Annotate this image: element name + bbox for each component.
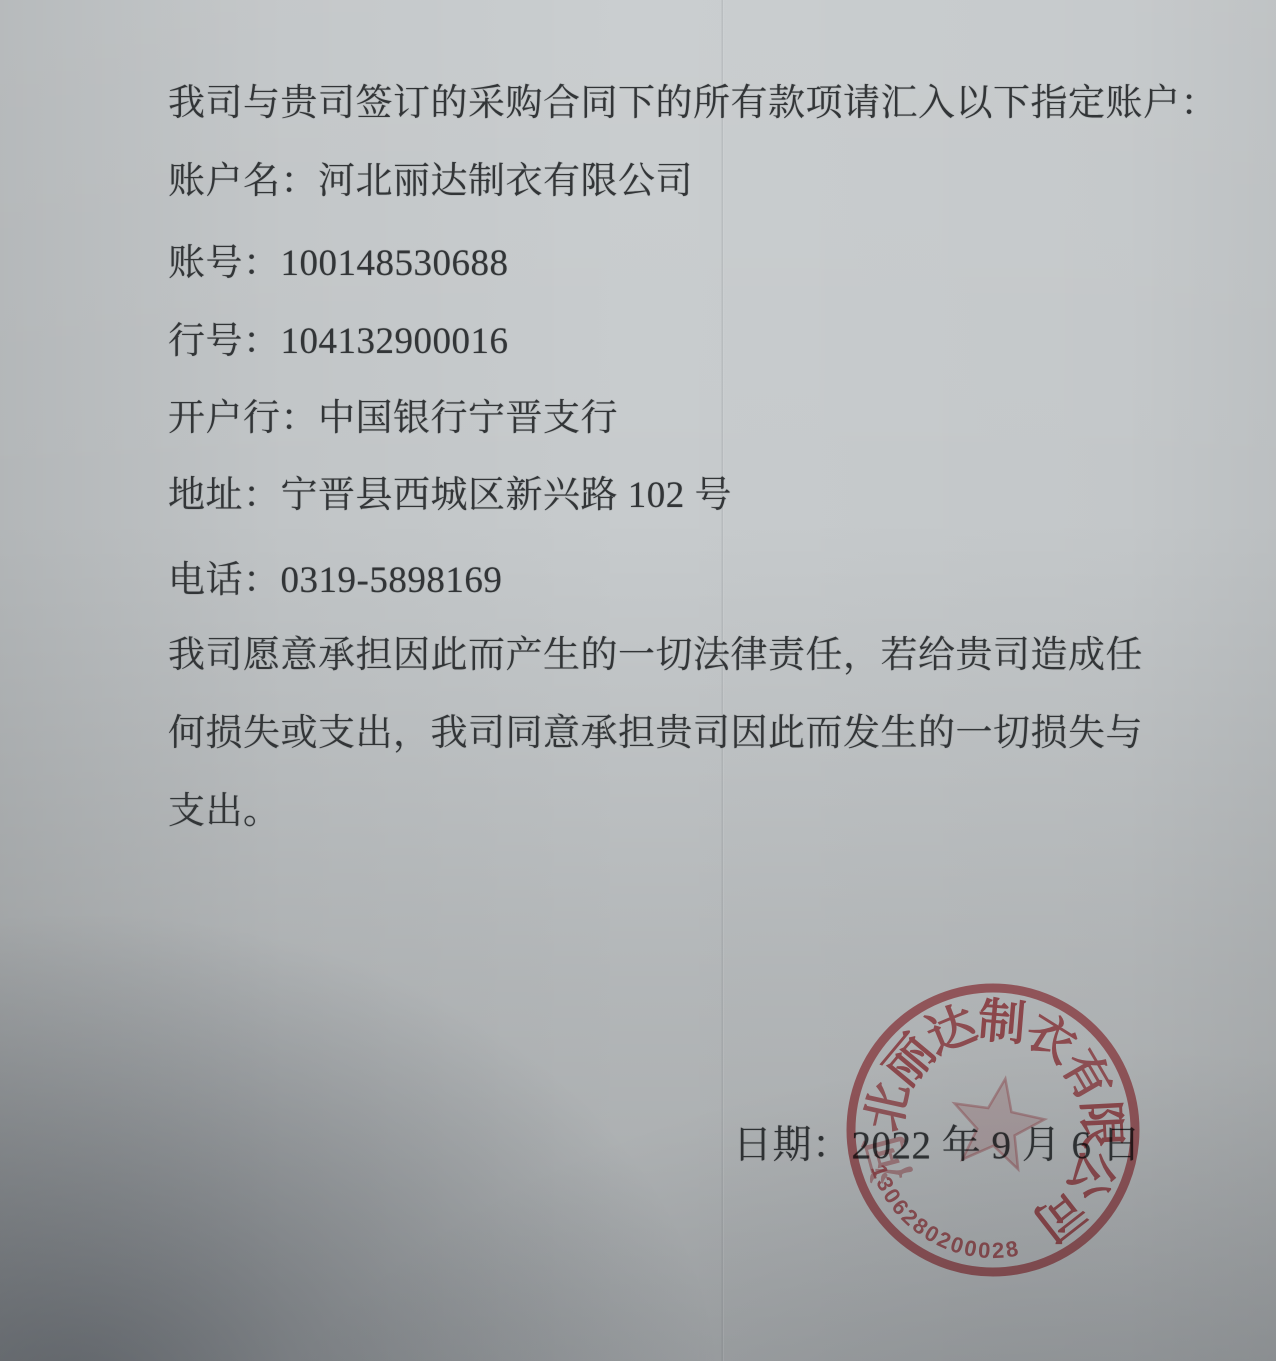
star-icon (945, 1071, 1050, 1172)
seal-number-digit: 2 (991, 1238, 1004, 1263)
company-seal-graphic: 河北丽达制衣有限公司1306280200028 (833, 970, 1153, 1290)
doc-line-5: 开户行：中国银行宁晋支行 (168, 400, 618, 437)
doc-line-1: 我司与贵司签订的采购合同下的所有款项请汇入以下指定账户： (168, 85, 1218, 122)
document-photo: 我司与贵司签订的采购合同下的所有款项请汇入以下指定账户： 账户名：河北丽达制衣有… (0, 0, 1276, 1361)
doc-line-4: 行号：104132900016 (168, 323, 509, 360)
paper-fold-crease (721, 0, 724, 1361)
doc-line-10: 支出。 (168, 793, 281, 830)
seal-number-digit: 8 (1004, 1236, 1020, 1263)
doc-line-2: 账户名：河北丽达制衣有限公司 (168, 163, 693, 200)
doc-line-6: 地址：宁晋县西城区新兴路 102 号 (168, 477, 732, 514)
doc-line-9: 何损失或支出，我司同意承担贵司因此而发生的一切损失与 (168, 715, 1143, 752)
seal-registration-number: 1306280200028 (866, 1161, 1020, 1263)
doc-line-3: 账号：100148530688 (168, 245, 509, 282)
seal-number-digit: 0 (977, 1237, 991, 1263)
doc-line-8: 我司愿意承担因此而产生的一切法律责任，若给贵司造成任 (168, 637, 1143, 674)
seal-name-char: 限 (1073, 1099, 1128, 1150)
doc-line-7: 电话：0319-5898169 (168, 562, 502, 599)
company-seal-stamp: 河北丽达制衣有限公司1306280200028 (833, 970, 1153, 1290)
